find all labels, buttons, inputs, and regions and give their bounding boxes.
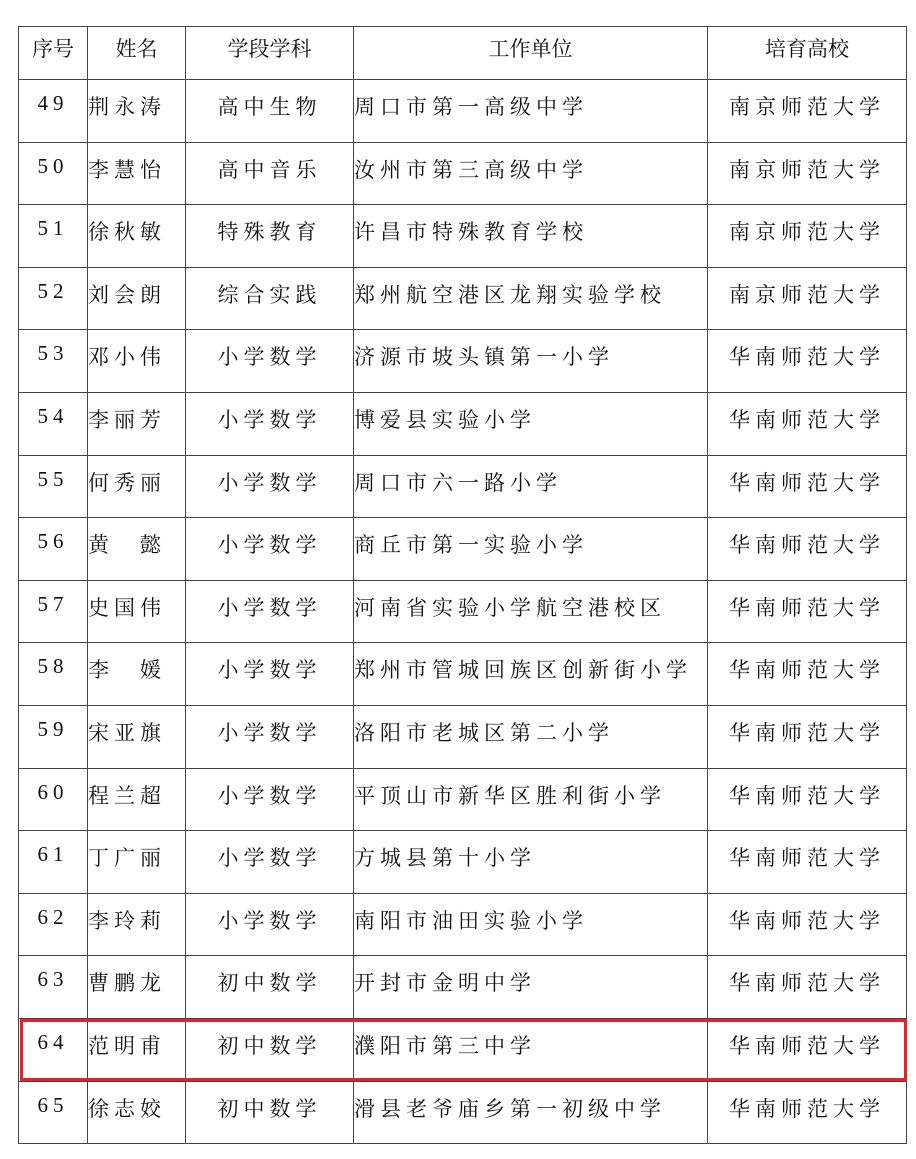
row-university: 华南师范大学 — [708, 831, 907, 894]
table-row: 51徐秋敏特殊教育许昌市特殊教育学校南京师范大学 — [19, 205, 907, 268]
header-no: 序号 — [19, 27, 88, 80]
header-university: 培育高校 — [708, 27, 907, 80]
row-university: 华南师范大学 — [708, 392, 907, 455]
row-name: 刘会朗 — [88, 267, 186, 330]
row-name: 李玲莉 — [88, 893, 186, 956]
row-university: 华南师范大学 — [708, 705, 907, 768]
row-unit: 方城县第十小学 — [354, 831, 708, 894]
table-row: 60程兰超小学数学平顶山市新华区胜利街小学华南师范大学 — [19, 768, 907, 831]
header-subject: 学段学科 — [186, 27, 354, 80]
row-name: 黄 懿 — [88, 518, 186, 581]
row-subject: 特殊教育 — [186, 205, 354, 268]
row-subject: 初中数学 — [186, 1018, 354, 1081]
row-subject: 高中音乐 — [186, 142, 354, 205]
table-row: 64范明甫初中数学濮阳市第三中学华南师范大学 — [19, 1018, 907, 1081]
row-subject: 小学数学 — [186, 580, 354, 643]
row-unit: 周口市第一高级中学 — [354, 80, 708, 143]
table-row: 49荆永涛高中生物周口市第一高级中学南京师范大学 — [19, 80, 907, 143]
row-name: 曹鹏龙 — [88, 956, 186, 1019]
row-number: 63 — [19, 956, 88, 1019]
row-subject: 初中数学 — [186, 956, 354, 1019]
row-subject: 小学数学 — [186, 643, 354, 706]
row-subject: 小学数学 — [186, 455, 354, 518]
row-unit: 郑州航空港区龙翔实验学校 — [354, 267, 708, 330]
row-subject: 初中数学 — [186, 1081, 354, 1144]
row-subject: 小学数学 — [186, 705, 354, 768]
row-name: 李 媛 — [88, 643, 186, 706]
table-row: 53邓小伟小学数学济源市坡头镇第一小学华南师范大学 — [19, 330, 907, 393]
row-university: 华南师范大学 — [708, 768, 907, 831]
row-name: 李丽芳 — [88, 392, 186, 455]
table-row: 63曹鹏龙初中数学开封市金明中学华南师范大学 — [19, 956, 907, 1019]
row-subject: 小学数学 — [186, 893, 354, 956]
row-unit: 濮阳市第三中学 — [354, 1018, 708, 1081]
table-row: 52刘会朗综合实践郑州航空港区龙翔实验学校南京师范大学 — [19, 267, 907, 330]
row-unit: 博爱县实验小学 — [354, 392, 708, 455]
row-unit: 南阳市油田实验小学 — [354, 893, 708, 956]
row-unit: 平顶山市新华区胜利街小学 — [354, 768, 708, 831]
row-university: 华南师范大学 — [708, 330, 907, 393]
row-university: 华南师范大学 — [708, 518, 907, 581]
row-university: 华南师范大学 — [708, 1018, 907, 1081]
table-row: 65徐志姣初中数学滑县老爷庙乡第一初级中学华南师范大学 — [19, 1081, 907, 1144]
row-number: 53 — [19, 330, 88, 393]
row-number: 57 — [19, 580, 88, 643]
row-name: 程兰超 — [88, 768, 186, 831]
row-number: 65 — [19, 1081, 88, 1144]
table-row: 50李慧怡高中音乐汝州市第三高级中学南京师范大学 — [19, 142, 907, 205]
table-row: 56黄 懿小学数学商丘市第一实验小学华南师范大学 — [19, 518, 907, 581]
row-number: 59 — [19, 705, 88, 768]
row-number: 55 — [19, 455, 88, 518]
row-unit: 周口市六一路小学 — [354, 455, 708, 518]
row-subject: 小学数学 — [186, 518, 354, 581]
row-number: 61 — [19, 831, 88, 894]
row-name: 丁广丽 — [88, 831, 186, 894]
table-row: 57史国伟小学数学河南省实验小学航空港校区华南师范大学 — [19, 580, 907, 643]
row-university: 华南师范大学 — [708, 1081, 907, 1144]
row-unit: 济源市坡头镇第一小学 — [354, 330, 708, 393]
table-row: 54李丽芳小学数学博爱县实验小学华南师范大学 — [19, 392, 907, 455]
row-name: 宋亚旗 — [88, 705, 186, 768]
row-university: 南京师范大学 — [708, 142, 907, 205]
row-unit: 许昌市特殊教育学校 — [354, 205, 708, 268]
row-number: 52 — [19, 267, 88, 330]
row-name: 徐秋敏 — [88, 205, 186, 268]
row-unit: 滑县老爷庙乡第一初级中学 — [354, 1081, 708, 1144]
row-unit: 汝州市第三高级中学 — [354, 142, 708, 205]
table-row: 61丁广丽小学数学方城县第十小学华南师范大学 — [19, 831, 907, 894]
row-subject: 小学数学 — [186, 831, 354, 894]
row-university: 华南师范大学 — [708, 643, 907, 706]
header-unit: 工作单位 — [354, 27, 708, 80]
row-university: 华南师范大学 — [708, 455, 907, 518]
row-unit: 郑州市管城回族区创新街小学 — [354, 643, 708, 706]
row-unit: 开封市金明中学 — [354, 956, 708, 1019]
row-number: 58 — [19, 643, 88, 706]
row-unit: 商丘市第一实验小学 — [354, 518, 708, 581]
row-name: 荆永涛 — [88, 80, 186, 143]
row-name: 史国伟 — [88, 580, 186, 643]
row-university: 南京师范大学 — [708, 205, 907, 268]
header-name: 姓名 — [88, 27, 186, 80]
row-subject: 综合实践 — [186, 267, 354, 330]
row-university: 华南师范大学 — [708, 893, 907, 956]
row-subject: 小学数学 — [186, 768, 354, 831]
row-name: 邓小伟 — [88, 330, 186, 393]
row-university: 华南师范大学 — [708, 956, 907, 1019]
row-unit: 河南省实验小学航空港校区 — [354, 580, 708, 643]
table-row: 62李玲莉小学数学南阳市油田实验小学华南师范大学 — [19, 893, 907, 956]
row-number: 60 — [19, 768, 88, 831]
row-unit: 洛阳市老城区第二小学 — [354, 705, 708, 768]
row-number: 62 — [19, 893, 88, 956]
row-number: 56 — [19, 518, 88, 581]
row-number: 51 — [19, 205, 88, 268]
roster-table: 序号 姓名 学段学科 工作单位 培育高校 49荆永涛高中生物周口市第一高级中学南… — [18, 26, 907, 1144]
row-name: 何秀丽 — [88, 455, 186, 518]
row-name: 徐志姣 — [88, 1081, 186, 1144]
row-subject: 小学数学 — [186, 392, 354, 455]
row-subject: 高中生物 — [186, 80, 354, 143]
row-university: 南京师范大学 — [708, 267, 907, 330]
row-name: 范明甫 — [88, 1018, 186, 1081]
row-number: 49 — [19, 80, 88, 143]
row-number: 64 — [19, 1018, 88, 1081]
row-name: 李慧怡 — [88, 142, 186, 205]
row-number: 50 — [19, 142, 88, 205]
header-row: 序号 姓名 学段学科 工作单位 培育高校 — [19, 27, 907, 80]
row-subject: 小学数学 — [186, 330, 354, 393]
row-university: 华南师范大学 — [708, 580, 907, 643]
table-row: 58李 媛小学数学郑州市管城回族区创新街小学华南师范大学 — [19, 643, 907, 706]
table-row: 59宋亚旗小学数学洛阳市老城区第二小学华南师范大学 — [19, 705, 907, 768]
row-university: 南京师范大学 — [708, 80, 907, 143]
table-row: 55何秀丽小学数学周口市六一路小学华南师范大学 — [19, 455, 907, 518]
row-number: 54 — [19, 392, 88, 455]
